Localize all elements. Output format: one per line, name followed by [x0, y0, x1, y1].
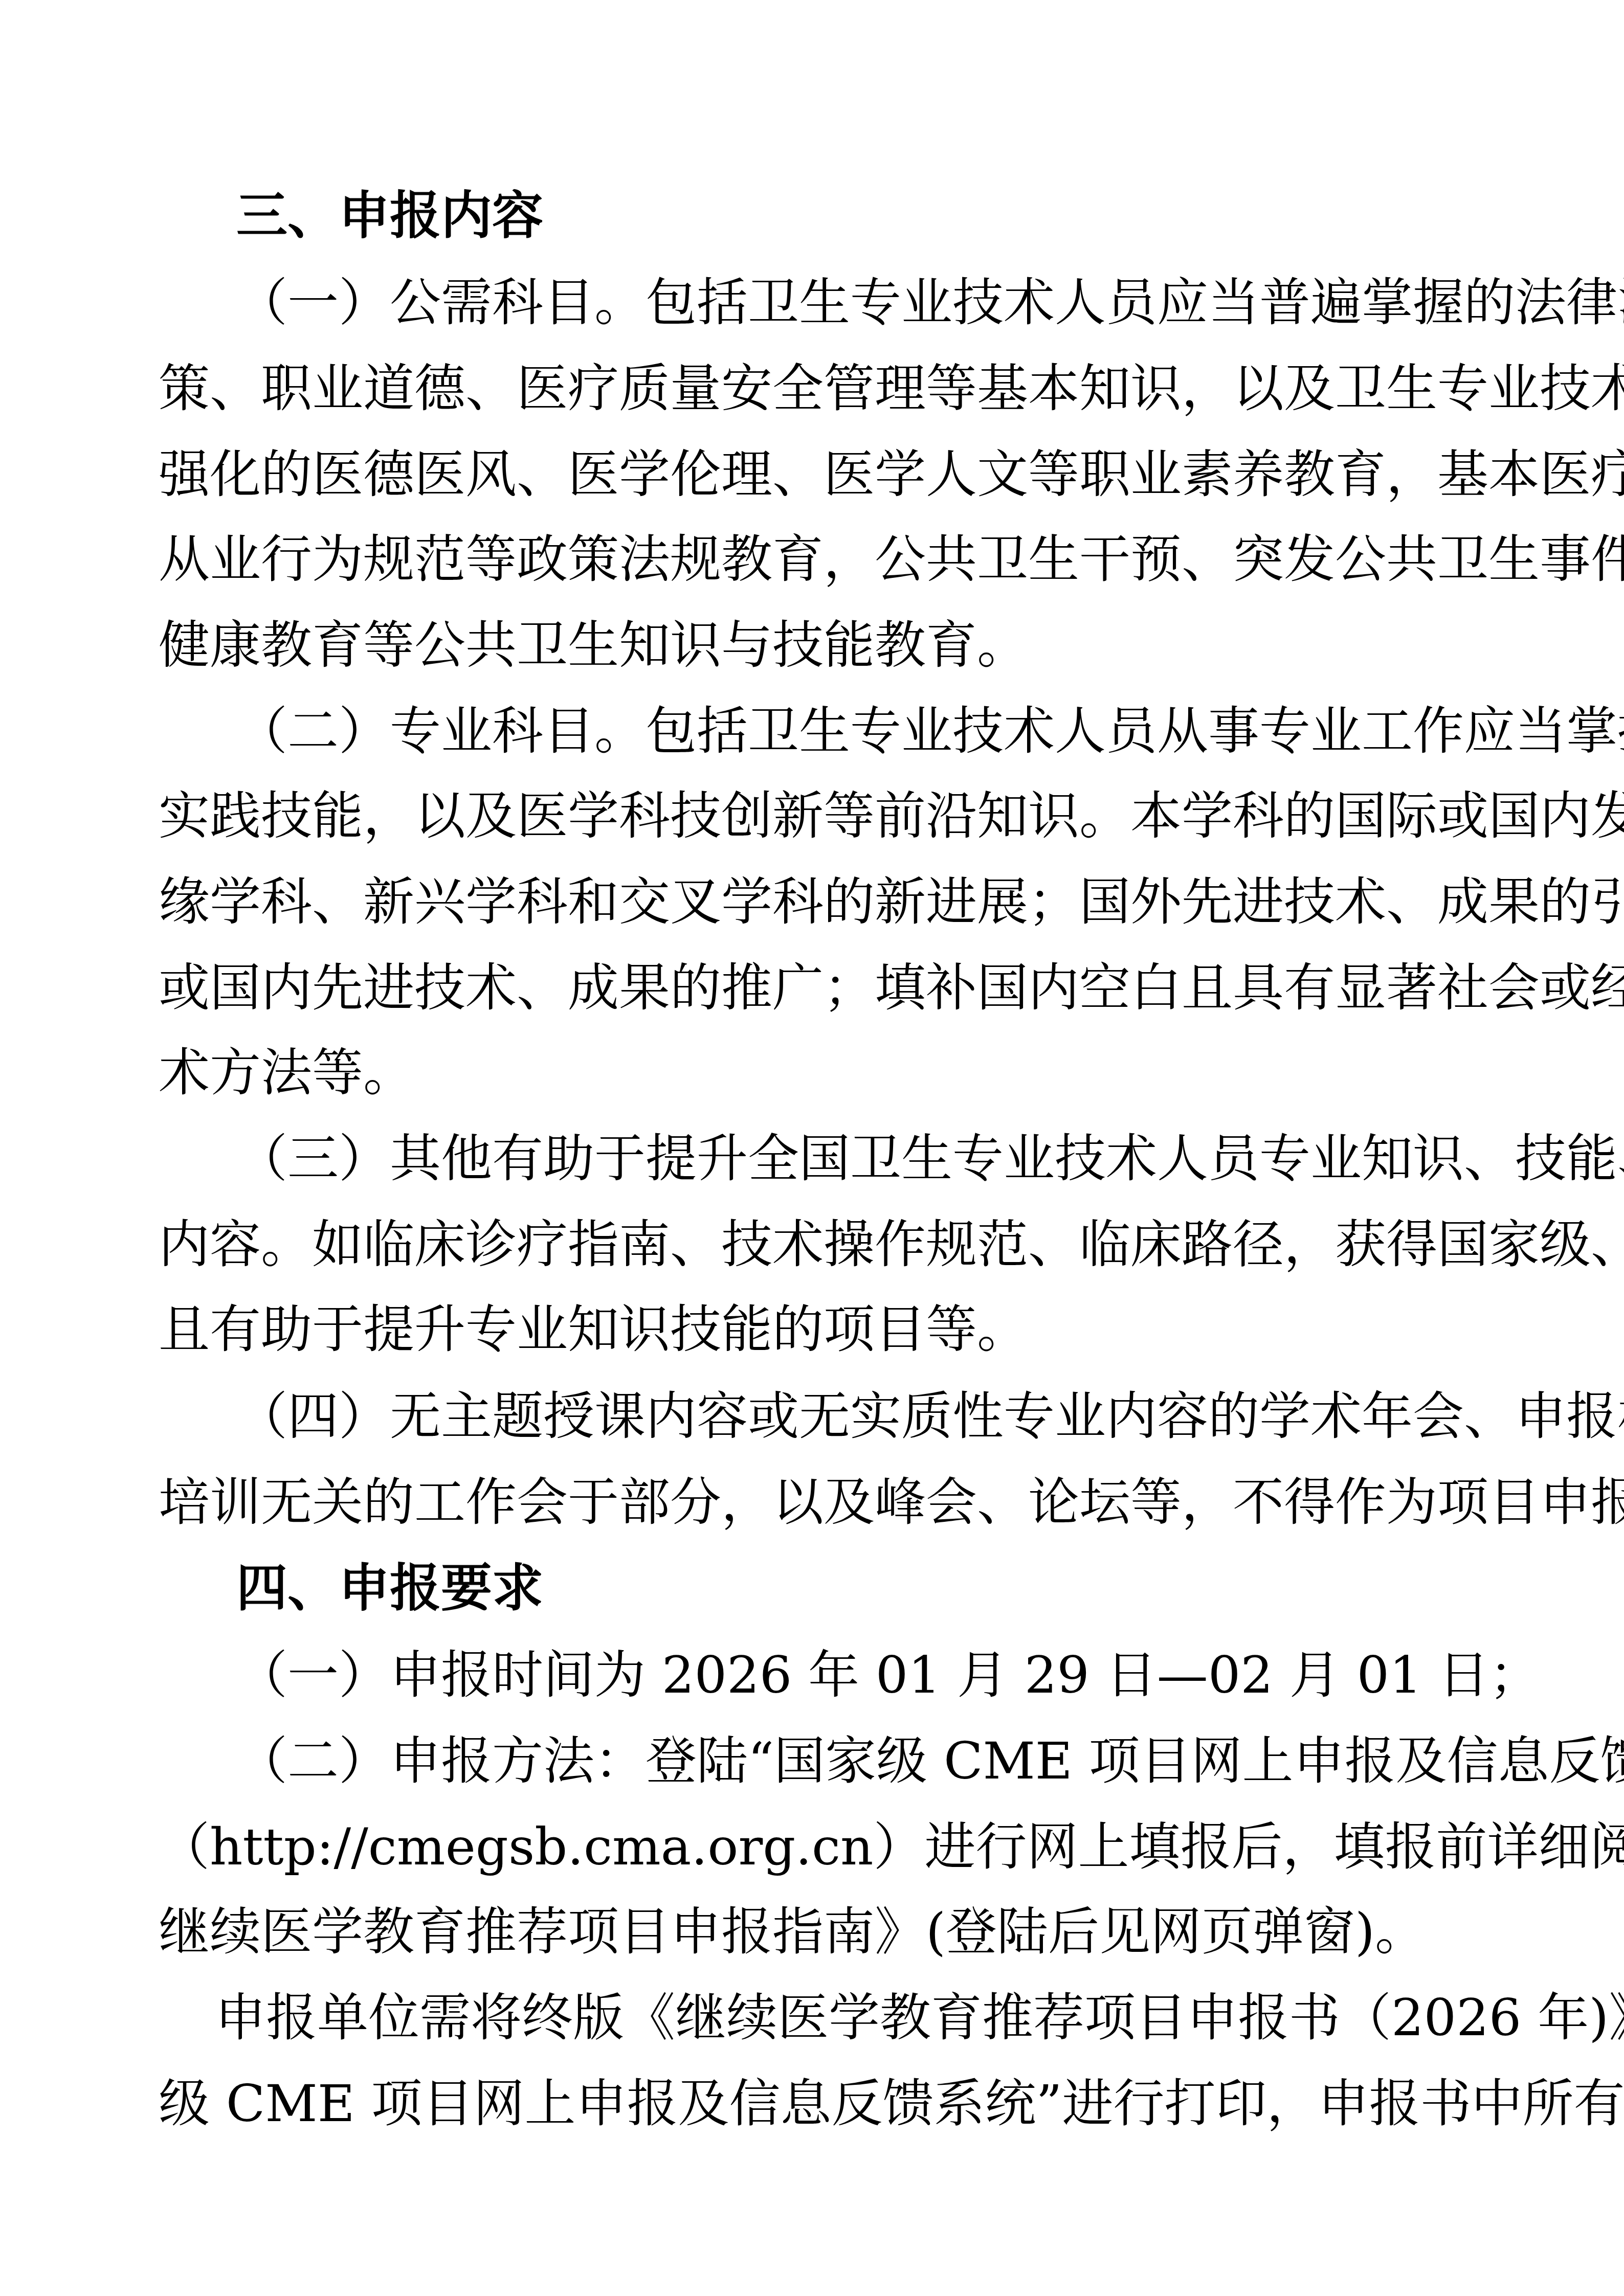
section-heading-requirements: 四、申报要求 [236, 1558, 543, 1619]
paragraph-line: 健康教育等公共卫生知识与技能教育。 [159, 615, 1478, 676]
paragraph-line: （一）公需科目。包括卫生专业技术人员应当普遍掌握的法律法规、理论政 [236, 272, 1478, 333]
paragraph-line: （一）申报时间为 2026 年 01 月 29 日—02 月 01 日； [236, 1645, 1478, 1706]
section-heading-content: 三、申报内容 [236, 185, 543, 246]
paragraph-line: 术方法等。 [159, 1042, 1478, 1104]
document-page: 三、申报内容 （一）公需科目。包括卫生专业技术人员应当普遍掌握的法律法规、理论政… [0, 0, 1624, 2296]
paragraph-line: （四）无主题授课内容或无实质性专业内容的学术年会、申报材料中与授课 [236, 1386, 1478, 1447]
paragraph-line: 强化的医德医风、医学伦理、医学人文等职业素养教育，基本医疗卫生制度、 [159, 444, 1478, 505]
paragraph-line: 且有助于提升专业知识技能的项目等。 [159, 1299, 1478, 1360]
paragraph-line: 或国内先进技术、成果的推广；填补国内空白且具有显著社会或经济效益的技 [159, 957, 1478, 1019]
paragraph-line: 级 CME 项目网上申报及信息反馈系统”进行打印，申报书中所有签字栏须请相 [159, 2073, 1478, 2134]
paragraph-line: 申报单位需将终版《继续医学教育推荐项目申报书（2026 年)》通过“国家 [215, 1987, 1478, 2049]
paragraph-line: （二）申报方法：登陆“国家级 CME 项目网上申报及信息反馈系统” [236, 1730, 1478, 1792]
paragraph-line: 培训无关的工作会于部分，以及峰会、论坛等，不得作为项目申报。 [159, 1472, 1478, 1533]
paragraph-line-url: （http://cmegsb.cma.org.cn）进行网上填报后，填报前详细阅… [159, 1816, 1478, 1878]
paragraph-line: 继续医学教育推荐项目申报指南》(登陆后见网页弹窗)。 [159, 1901, 1478, 1963]
paragraph-line: 内容。如临床诊疗指南、技术操作规范、临床路径，获得国家级、省部级奖项 [159, 1214, 1478, 1275]
paragraph-line: 从业行为规范等政策法规教育，公共卫生干预、突发公共卫生事件应急处理、 [159, 529, 1478, 590]
paragraph-line: 实践技能，以及医学科技创新等前沿知识。本学科的国际或国内发展前沿；边 [159, 785, 1478, 847]
paragraph-line: （三）其他有助于提升全国卫生专业技术人员专业知识、技能、职业素质的 [236, 1128, 1478, 1189]
paragraph-line: 策、职业道德、医疗质量安全管理等基本知识，以及卫生专业技术人员应重点 [159, 358, 1478, 419]
paragraph-line: 缘学科、新兴学科和交叉学科的新进展；国外先进技术、成果的引进和推广， [159, 871, 1478, 933]
paragraph-line: （二）专业科目。包括卫生专业技术人员从事专业工作应当掌握的专业知识、 [236, 701, 1478, 762]
